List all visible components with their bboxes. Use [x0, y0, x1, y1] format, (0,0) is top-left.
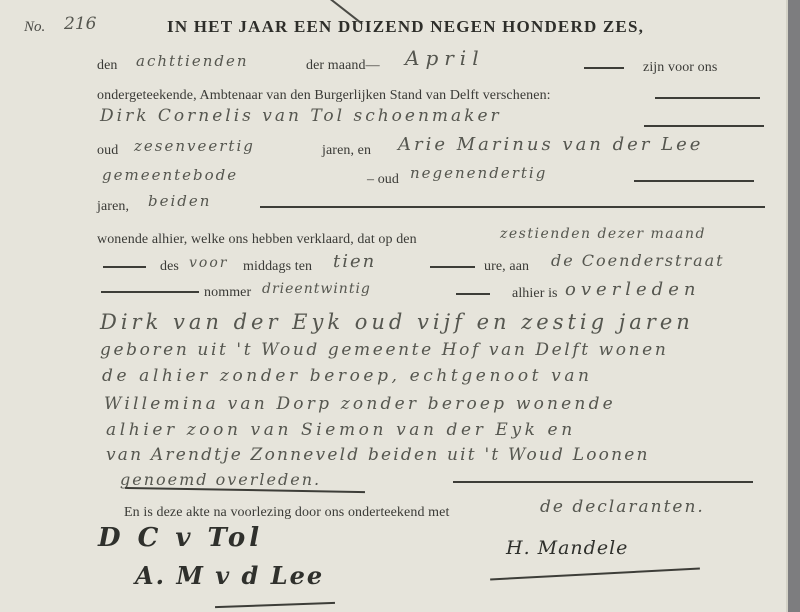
fill-line — [260, 206, 765, 208]
hand-declarant2: Arie Marinus van der Lee — [398, 134, 703, 155]
fill-line — [101, 291, 199, 293]
label-nommer: nommer — [204, 285, 251, 301]
label-jaren: jaren, — [97, 199, 129, 215]
hand-declarant1: Dirk Cornelis van Tol schoenmaker — [100, 106, 502, 126]
body-line: geboren uit 't Woud gemeente Hof van Del… — [100, 340, 668, 360]
signature-declarant2: A. M v d Lee — [135, 561, 324, 590]
hand-occupation2: gemeentebode — [102, 166, 238, 184]
record-number-value: 216 — [64, 14, 96, 34]
label-oud: oud — [97, 143, 118, 159]
fill-line — [584, 67, 624, 69]
label-middags-ten: middags ten — [243, 259, 312, 275]
label-des: des — [160, 259, 179, 275]
fill-line — [655, 97, 760, 99]
hand-age2: negenendertig — [410, 164, 547, 182]
hand-both: beiden — [148, 192, 211, 210]
hand-age1: zesenveertig — [134, 137, 255, 155]
label-den: den — [97, 58, 118, 74]
label-ure-aan: ure, aan — [484, 259, 529, 275]
hand-day: achttienden — [136, 52, 249, 70]
hand-time-of-day: voor — [189, 255, 228, 271]
fill-line — [456, 293, 490, 295]
fill-line — [644, 125, 764, 127]
label-closing: En is deze akte na voorlezing door ons o… — [124, 505, 449, 521]
label-der-maand: der maand— — [306, 58, 380, 74]
hand-month: April — [405, 46, 485, 70]
fill-line — [103, 266, 146, 268]
fill-line — [453, 481, 753, 483]
label-oud2: – oud — [367, 172, 399, 188]
body-line: alhier zoon van Siemon van der Eyk en — [106, 420, 576, 440]
label-alhier-is: alhier is — [512, 286, 558, 302]
hand-house-number: drieentwintig — [262, 281, 371, 297]
signature-official: H. Mandele — [506, 537, 628, 559]
document-header: IN HET JAAR EEN DUIZEND NEGEN HONDERD ZE… — [167, 17, 644, 37]
hand-hour: tien — [333, 251, 376, 272]
hand-death-day: zestienden dezer maand — [500, 226, 706, 242]
record-number-label: No. — [24, 19, 45, 36]
signature-underline — [490, 568, 700, 580]
signature-underline — [215, 602, 335, 608]
hand-died: overleden — [565, 279, 700, 300]
body-line: Willemina van Dorp zonder beroep wonende — [104, 394, 616, 414]
label-ondergeteekende: ondergeteekende, Ambtenaar van den Burge… — [97, 88, 551, 104]
label-wonende: wonende alhier, welke ons hebben verklaa… — [97, 232, 417, 248]
label-zijn-voor-ons: zijn voor ons — [643, 60, 717, 76]
certificate-page: No. 216 IN HET JAAR EEN DUIZEND NEGEN HO… — [0, 0, 786, 612]
hand-with: de declaranten. — [540, 497, 705, 517]
hand-street: de Coenderstraat — [551, 251, 725, 270]
scan-edge — [786, 0, 800, 612]
fill-line — [634, 180, 754, 182]
body-line: genoemd overleden. — [120, 470, 321, 489]
body-line: de alhier zonder beroep, echtgenoot van — [102, 366, 593, 386]
label-jaren-en: jaren, en — [322, 143, 371, 159]
fill-line — [430, 266, 475, 268]
body-line: Dirk van der Eyk oud vijf en zestig jare… — [100, 310, 694, 334]
signature-declarant1: D C v Tol — [98, 523, 263, 553]
body-line: van Arendtje Zonneveld beiden uit 't Wou… — [106, 445, 650, 465]
